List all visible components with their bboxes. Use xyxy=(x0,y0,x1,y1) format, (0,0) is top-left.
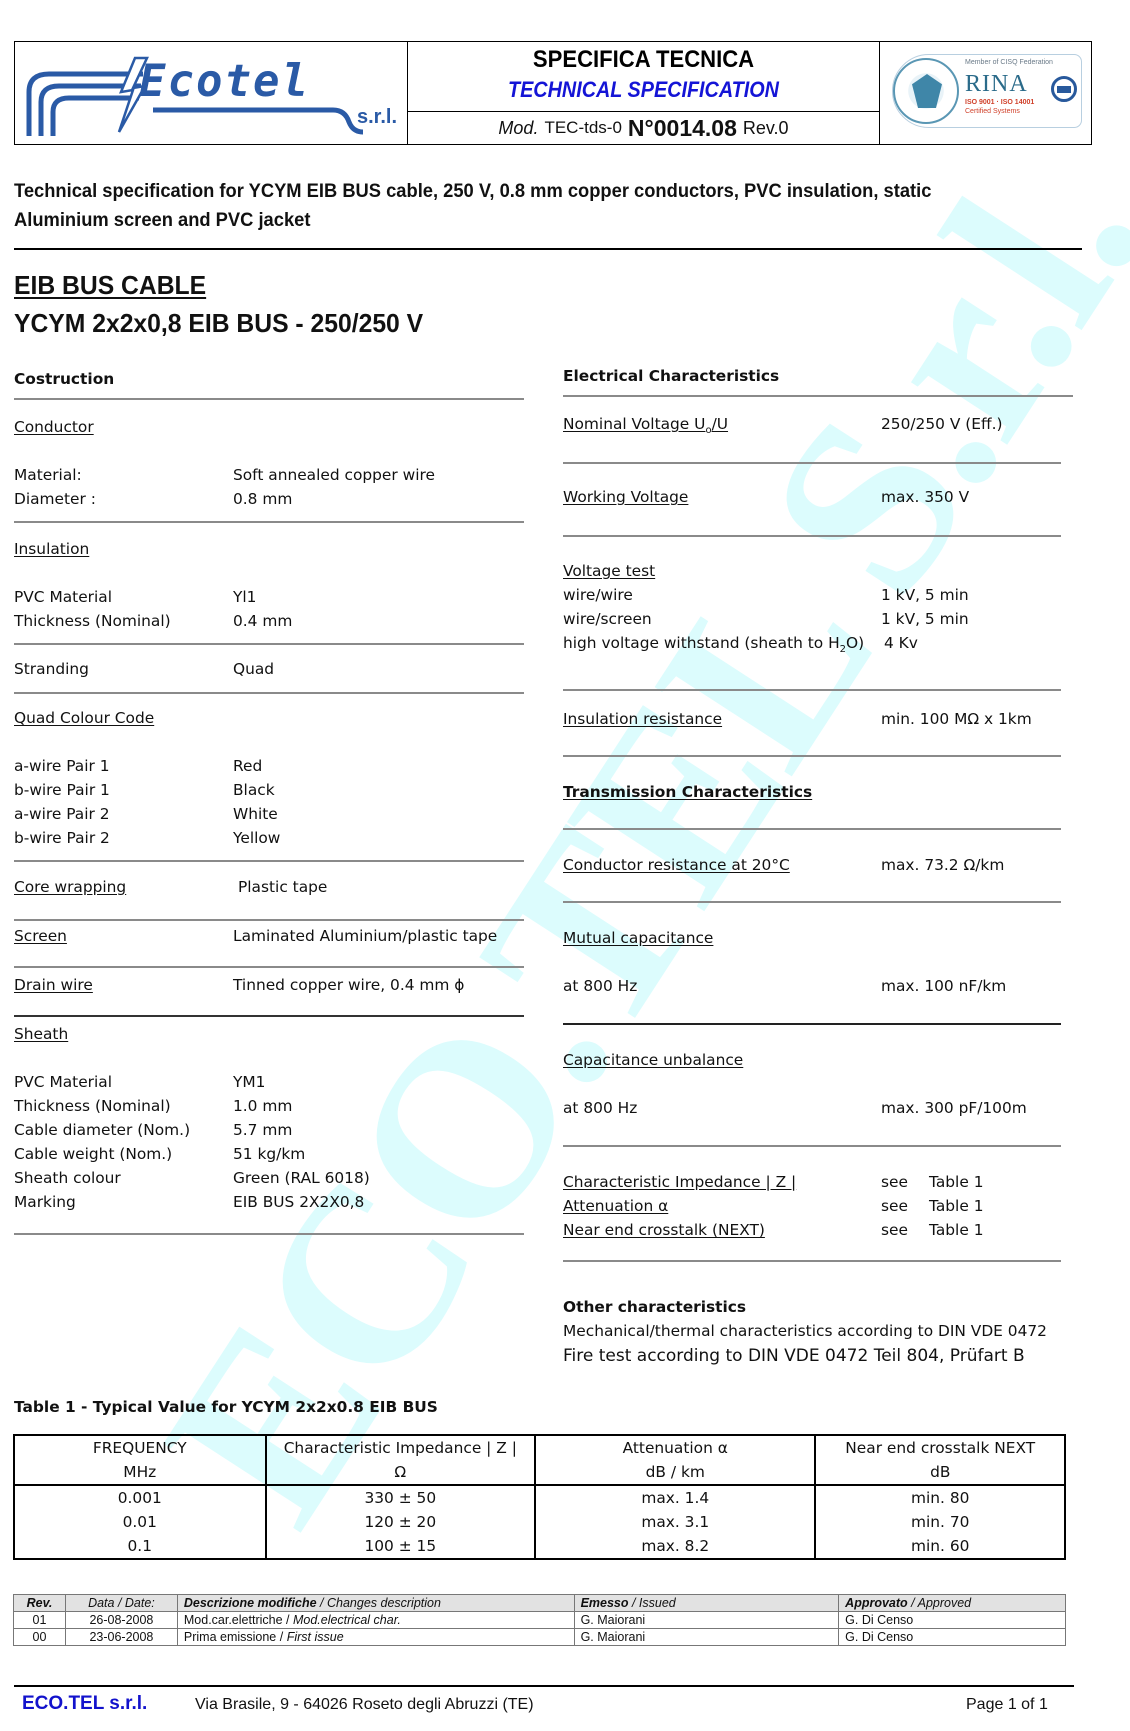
desc-header: Descrizione modifiche / Changes descript… xyxy=(177,1595,574,1612)
table-row: 0.1 100 ± 15 max. 8.2 min. 60 xyxy=(14,1534,1065,1559)
insulation-label: Insulation xyxy=(14,540,89,558)
other-line-2: Fire test according to DIN VDE 0472 Teil… xyxy=(563,1346,1025,1366)
footer-divider xyxy=(14,1685,1074,1687)
voltage-test-label: Voltage test xyxy=(563,562,655,580)
table-cell: max. 1.4 xyxy=(535,1485,815,1510)
table-ref-link: Table 1 xyxy=(929,1221,983,1239)
wire-wire-label: wire/wire xyxy=(563,586,633,604)
sheath-item-label: Sheath colour xyxy=(14,1169,121,1187)
table-cell: min. 80 xyxy=(815,1485,1065,1510)
issued-cell: G. Maiorani xyxy=(574,1629,839,1646)
quad-wire: b-wire Pair 1 xyxy=(14,781,110,799)
sheath-item-label: Thickness (Nominal) xyxy=(14,1097,171,1115)
capacitance-unbalance-value: max. 300 pF/100m xyxy=(881,1099,1027,1117)
cert-member: Member of CISQ Federation xyxy=(965,59,1053,66)
desc-cell: Mod.car.elettriche / Mod.electrical char… xyxy=(177,1612,574,1629)
divider xyxy=(14,919,524,921)
quad-wire: a-wire Pair 2 xyxy=(14,805,110,823)
conductor-resistance-value: max. 73.2 Ω/km xyxy=(881,856,1004,874)
sheath-item-label: Cable diameter (Nom.) xyxy=(14,1121,190,1139)
table-ref-link: Table 1 xyxy=(929,1197,983,1215)
mod-label: Mod. xyxy=(498,118,538,139)
insulation-resistance-value: min. 100 MΩ x 1km xyxy=(881,710,1032,728)
cert-name: RINA xyxy=(965,71,1028,98)
rev-header: Rev. xyxy=(14,1595,66,1612)
table-cell: 0.001 xyxy=(14,1485,266,1510)
table-cell: 100 ± 15 xyxy=(266,1534,536,1559)
sheath-item-value: 5.7 mm xyxy=(233,1121,292,1139)
other-line-1: Mechanical/thermal characteristics accor… xyxy=(563,1322,1047,1340)
rev-cell: 01 xyxy=(14,1612,66,1629)
doc-revision: Rev.0 xyxy=(743,118,789,139)
issued-cell: G. Maiorani xyxy=(574,1612,839,1629)
insulation-thickness-label: Thickness (Nominal) xyxy=(14,612,171,630)
table-ref-see: see xyxy=(881,1197,908,1215)
document-header: Ecotel s.r.l. SPECIFICA TECNICA TECHNICA… xyxy=(14,41,1092,145)
hv-withstand-label: high voltage withstand (sheath to H2O) xyxy=(563,634,864,655)
date-cell: 23-06-2008 xyxy=(65,1629,177,1646)
page-number: Page 1 of 1 xyxy=(966,1696,1048,1714)
diameter-label: Diameter : xyxy=(14,490,96,508)
table-row: 0.001 330 ± 50 max. 1.4 min. 80 xyxy=(14,1485,1065,1510)
nominal-voltage-value: 250/250 V (Eff.) xyxy=(881,415,1002,433)
mutual-capacitance-value: max. 100 nF/km xyxy=(881,977,1006,995)
insulation-thickness-value: 0.4 mm xyxy=(233,612,292,630)
table1: FREQUENCYMHz Characteristic Impedance | … xyxy=(13,1434,1066,1560)
rina-seal-icon xyxy=(893,58,959,124)
cert-systems: Certified Systems xyxy=(965,108,1020,115)
table-ref-label: Attenuation α xyxy=(563,1197,668,1215)
capacitance-unbalance-freq: at 800 Hz xyxy=(563,1099,637,1117)
table-ref-see: see xyxy=(881,1221,908,1239)
table-cell: min. 70 xyxy=(815,1510,1065,1534)
doc-number: N°0014.08 xyxy=(628,115,737,142)
core-wrapping-value: Plastic tape xyxy=(238,878,327,896)
stranding-label: Stranding xyxy=(14,660,89,678)
watermark-text: ECO.TEL S.r.l. xyxy=(108,239,1112,1570)
issued-header: Emesso / Issued xyxy=(574,1595,839,1612)
quad-wire: a-wire Pair 1 xyxy=(14,757,110,775)
table-cell: 330 ± 50 xyxy=(266,1485,536,1510)
divider xyxy=(563,689,1061,691)
cable-title: EIB BUS CABLE xyxy=(14,270,206,301)
nominal-voltage-label: Nominal Voltage Uo/U xyxy=(563,415,728,436)
screen-label: Screen xyxy=(14,927,67,945)
divider xyxy=(563,535,1061,537)
table1-title: Table 1 - Typical Value for YCYM 2x2x0.8… xyxy=(14,1398,438,1416)
company-logo: Ecotel s.r.l. xyxy=(15,42,408,144)
table-row: 0.01 120 ± 20 max. 3.1 min. 70 xyxy=(14,1510,1065,1534)
insulation-resistance-label: Insulation resistance xyxy=(563,710,722,728)
divider xyxy=(563,462,1061,464)
doc-subtitle: TECHNICAL SPECIFICATION xyxy=(432,77,856,103)
wire-wire-value: 1 kV, 5 min xyxy=(881,586,969,604)
divider xyxy=(14,692,524,694)
core-wrapping-label: Core wrapping xyxy=(14,878,126,896)
date-cell: 26-08-2008 xyxy=(65,1612,177,1629)
doc-code: Mod. TEC-tds-0 N°0014.08 Rev.0 xyxy=(408,112,879,144)
table-cell: 120 ± 20 xyxy=(266,1510,536,1534)
table-cell: 0.1 xyxy=(14,1534,266,1559)
diameter-value: 0.8 mm xyxy=(233,490,292,508)
sheath-item-value: 1.0 mm xyxy=(233,1097,292,1115)
insulation-pvc-label: PVC Material xyxy=(14,588,112,606)
electrical-heading: Electrical Characteristics xyxy=(563,367,779,385)
approved-header: Approvato / Approved xyxy=(839,1595,1066,1612)
divider xyxy=(14,643,524,645)
quad-colour-label: Quad Colour Code xyxy=(14,709,154,727)
table-ref-label: Characteristic Impedance | Z | xyxy=(563,1173,796,1191)
divider xyxy=(563,1260,1061,1262)
sheath-item-label: PVC Material xyxy=(14,1073,112,1091)
divider xyxy=(14,1015,524,1017)
quad-colour: White xyxy=(233,805,278,823)
revision-table: Rev. Data / Date: Descrizione modifiche … xyxy=(13,1594,1066,1646)
working-voltage-label: Working Voltage xyxy=(563,488,688,506)
table-cell: max. 8.2 xyxy=(535,1534,815,1559)
capacitance-unbalance-label: Capacitance unbalance xyxy=(563,1051,743,1069)
logo-wordmark: Ecotel xyxy=(139,56,310,107)
mutual-capacitance-label: Mutual capacitance xyxy=(563,929,713,947)
transmission-heading: Transmission Characteristics xyxy=(563,783,812,801)
working-voltage-value: max. 350 V xyxy=(881,488,969,506)
table1-header: Near end crosstalk NEXTdB xyxy=(815,1435,1065,1485)
sheath-item-value: 51 kg/km xyxy=(233,1145,305,1163)
table-cell: min. 60 xyxy=(815,1534,1065,1559)
table-ref-see: see xyxy=(881,1173,908,1191)
mod-code: TEC-tds-0 xyxy=(544,118,621,138)
divider xyxy=(14,248,1082,250)
doc-title: SPECIFICA TECNICA xyxy=(427,46,860,74)
mutual-capacitance-freq: at 800 Hz xyxy=(563,977,637,995)
table-ref-label: Near end crosstalk (NEXT) xyxy=(563,1221,765,1239)
divider xyxy=(14,966,524,968)
iqnet-icon xyxy=(1051,76,1077,102)
table1-header-row: FREQUENCYMHz Characteristic Impedance | … xyxy=(14,1435,1065,1485)
sheath-item-label: Marking xyxy=(14,1193,76,1211)
sheath-item-value: Green (RAL 6018) xyxy=(233,1169,370,1187)
sheath-item-value: EIB BUS 2X2X0,8 xyxy=(233,1193,364,1211)
cable-model: YCYM 2x2x0,8 EIB BUS - 250/250 V xyxy=(14,308,423,339)
logo-srl: s.r.l. xyxy=(357,106,397,129)
quad-colour: Black xyxy=(233,781,275,799)
quad-colour: Yellow xyxy=(233,829,280,847)
table1-header: Attenuation αdB / km xyxy=(535,1435,815,1485)
material-label: Material: xyxy=(14,466,82,484)
table-cell: 0.01 xyxy=(14,1510,266,1534)
wire-screen-value: 1 kV, 5 min xyxy=(881,610,969,628)
sheath-label: Sheath xyxy=(14,1025,68,1043)
divider xyxy=(563,1145,1061,1147)
quad-colour: Red xyxy=(233,757,262,775)
quad-wire: b-wire Pair 2 xyxy=(14,829,110,847)
footer-company: ECO.TEL s.r.l. xyxy=(22,1693,147,1715)
table1-header: Characteristic Impedance | Z |Ω xyxy=(266,1435,536,1485)
cert-iso: ISO 9001 · ISO 14001 xyxy=(965,99,1034,106)
table-ref-link: Table 1 xyxy=(929,1173,983,1191)
approved-cell: G. Di Censo xyxy=(839,1629,1066,1646)
divider xyxy=(14,521,524,523)
other-heading: Other characteristics xyxy=(563,1298,746,1316)
desc-cell: Prima emissione / First issue xyxy=(177,1629,574,1646)
material-value: Soft annealed copper wire xyxy=(233,466,435,484)
certification-badge: Member of CISQ Federation RINA ISO 9001 … xyxy=(880,42,1091,144)
sheath-item-label: Cable weight (Nom.) xyxy=(14,1145,172,1163)
divider xyxy=(563,901,1061,903)
stranding-value: Quad xyxy=(233,660,274,678)
approved-cell: G. Di Censo xyxy=(839,1612,1066,1629)
table-row: 00 23-06-2008 Prima emissione / First is… xyxy=(14,1629,1066,1646)
hv-withstand-value: 4 Kv xyxy=(884,634,918,652)
date-header: Data / Date: xyxy=(65,1595,177,1612)
screen-value: Laminated Aluminium/plastic tape xyxy=(233,927,497,945)
sheath-item-value: YM1 xyxy=(233,1073,265,1091)
divider xyxy=(14,1233,524,1235)
construction-heading: Costruction xyxy=(14,370,114,388)
divider xyxy=(14,860,524,862)
wire-screen-label: wire/screen xyxy=(563,610,652,628)
revision-header-row: Rev. Data / Date: Descrizione modifiche … xyxy=(14,1595,1066,1612)
divider xyxy=(563,755,1061,757)
drain-wire-value: Tinned copper wire, 0.4 mm ϕ xyxy=(233,976,464,994)
divider xyxy=(14,398,524,400)
insulation-pvc-value: Yl1 xyxy=(233,588,256,606)
intro-text: Technical specification for YCYM EIB BUS… xyxy=(14,177,1029,235)
footer-address: Via Brasile, 9 - 64026 Roseto degli Abru… xyxy=(195,1696,534,1714)
divider xyxy=(563,395,1073,397)
table1-header: FREQUENCYMHz xyxy=(14,1435,266,1485)
divider xyxy=(563,1023,1061,1025)
table-row: 01 26-08-2008 Mod.car.elettriche / Mod.e… xyxy=(14,1612,1066,1629)
table-cell: max. 3.1 xyxy=(535,1510,815,1534)
rev-cell: 00 xyxy=(14,1629,66,1646)
divider xyxy=(563,828,1061,830)
conductor-label: Conductor xyxy=(14,418,94,436)
conductor-resistance-label: Conductor resistance at 20°C xyxy=(563,856,790,874)
drain-wire-label: Drain wire xyxy=(14,976,93,994)
